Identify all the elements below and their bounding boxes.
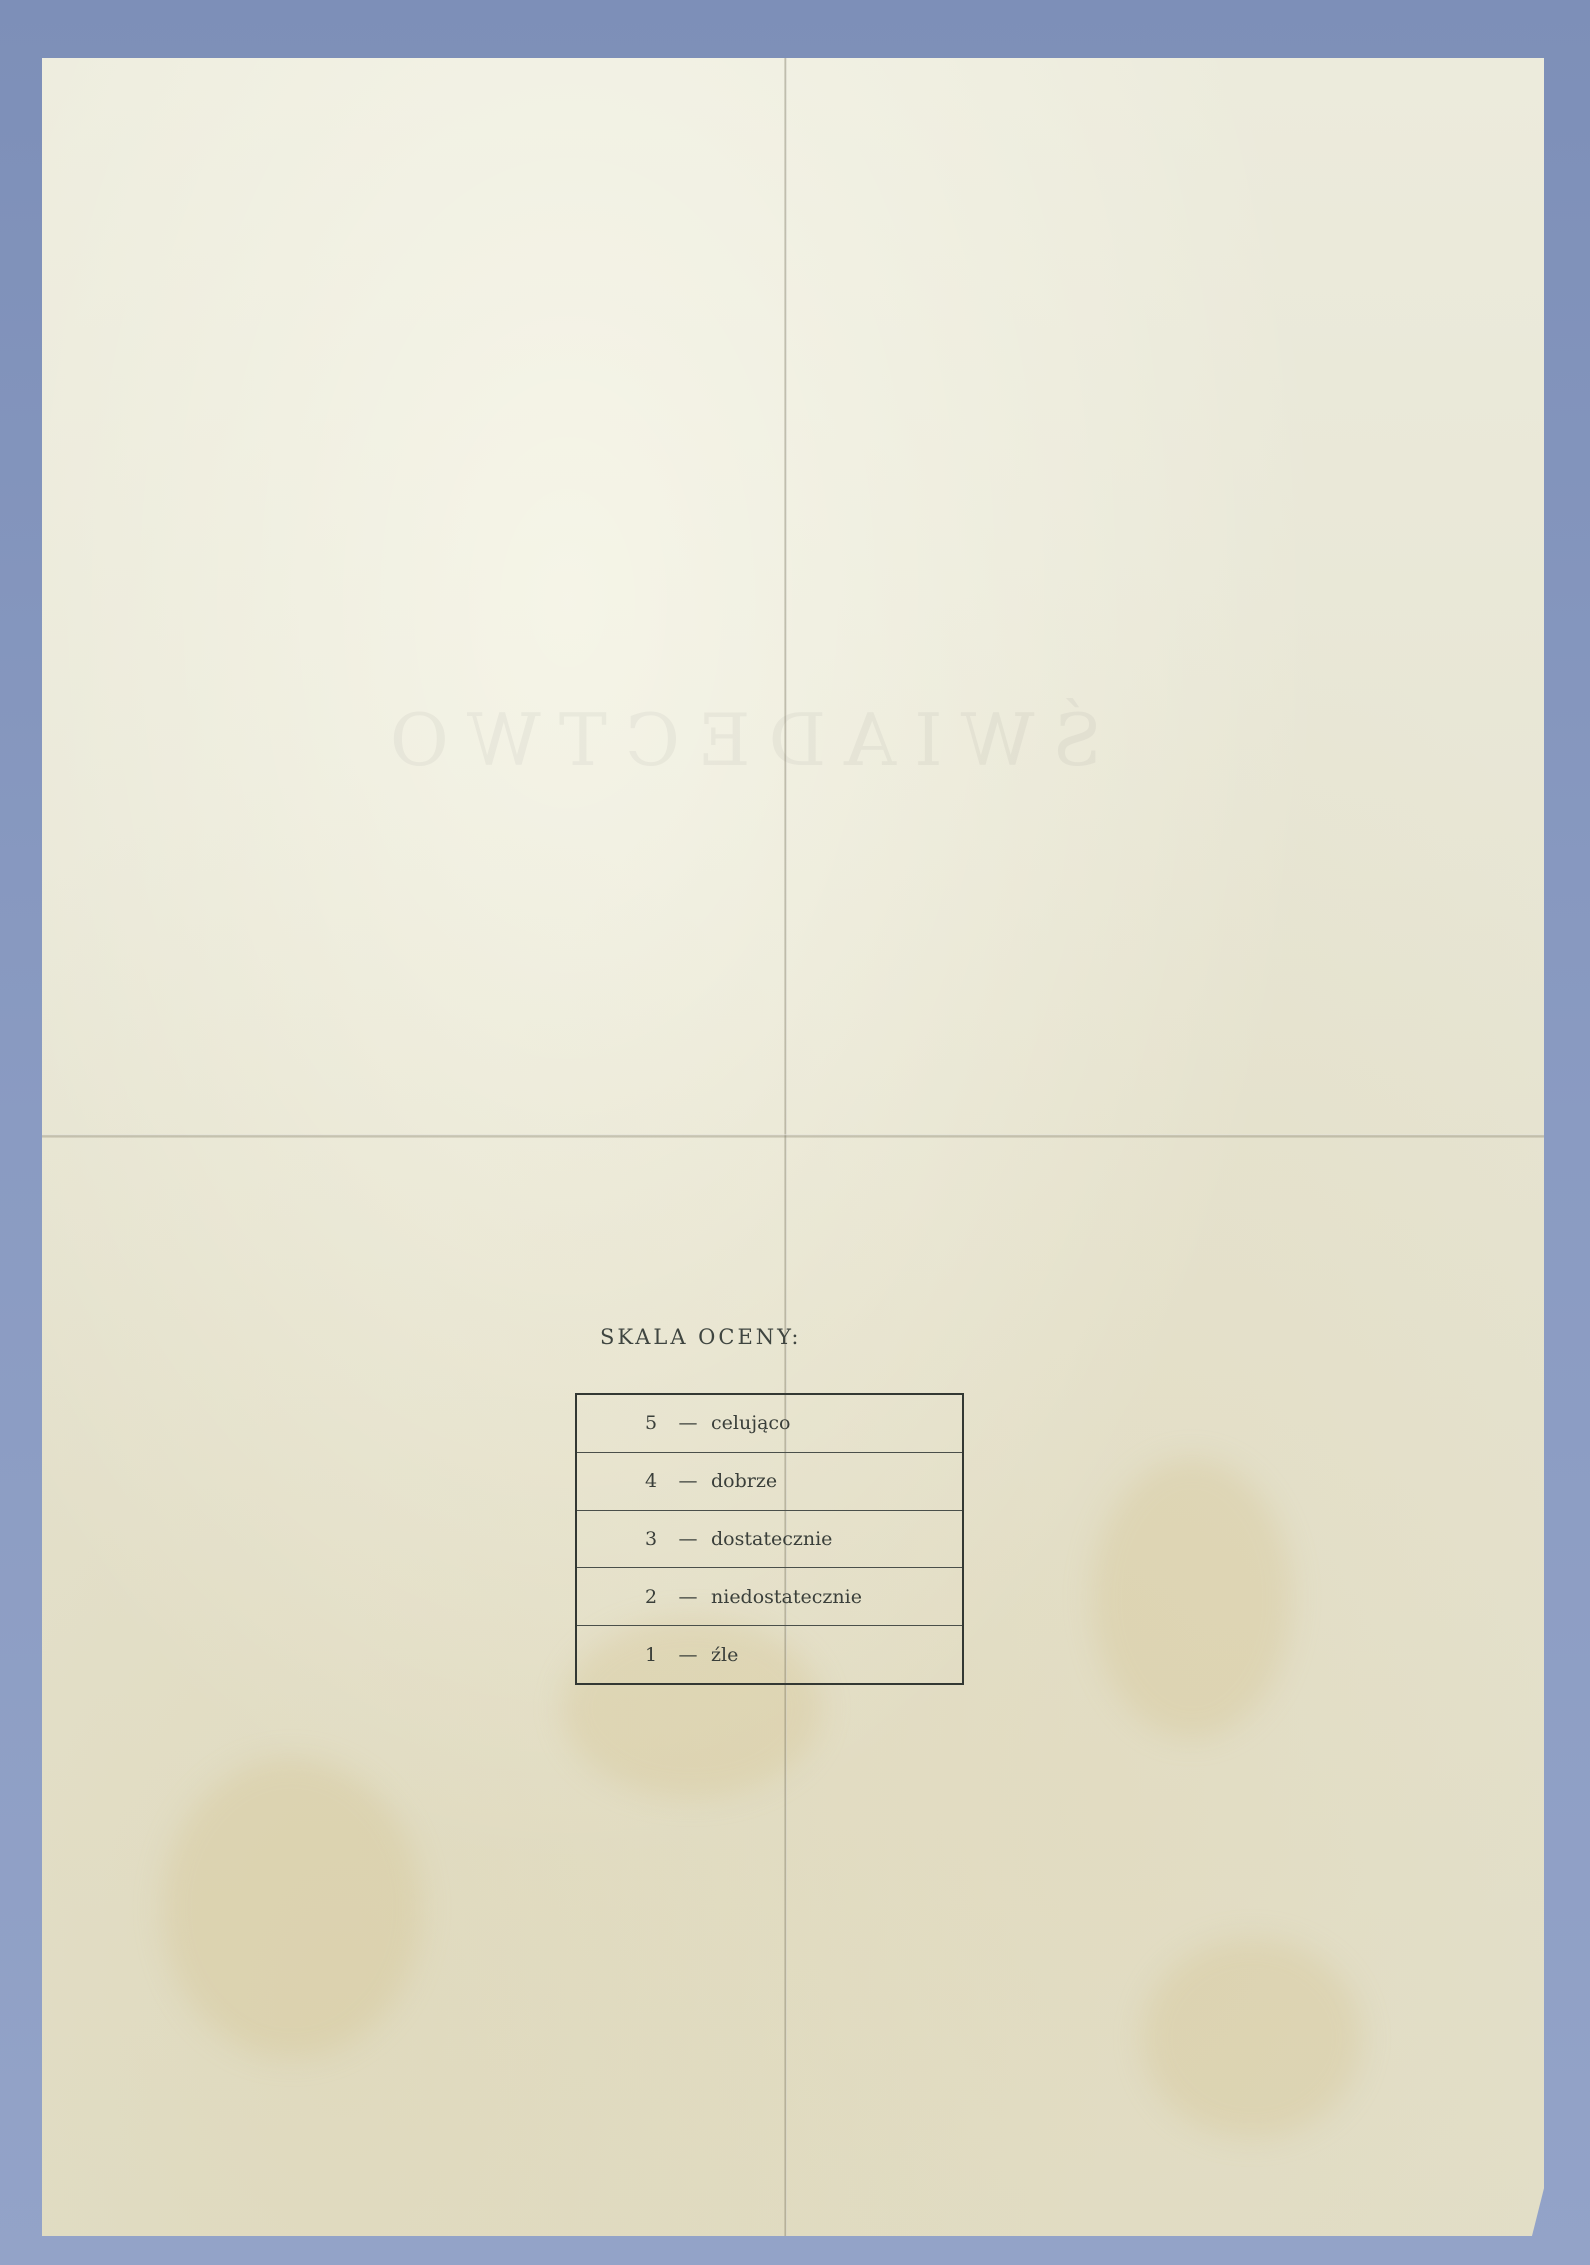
- grading-scale-table: 5 — celująco 4 — dobrze 3 — dostatecznie…: [575, 1393, 964, 1685]
- grade-number: 3: [645, 1528, 665, 1550]
- grade-separator: —: [665, 1586, 711, 1608]
- grade-number: 1: [645, 1644, 665, 1666]
- grading-scale-title: SKALA OCENY:: [600, 1325, 1020, 1349]
- show-through-title: ŚWIADECTWO: [482, 698, 1102, 782]
- grade-label: celująco: [711, 1412, 791, 1434]
- horizontal-fold-line: [42, 1134, 1544, 1138]
- grade-separator: —: [665, 1644, 711, 1666]
- grade-row: 2 — niedostatecznie: [577, 1568, 962, 1626]
- paper-stain: [1142, 1938, 1362, 2138]
- grade-row: 5 — celująco: [577, 1395, 962, 1453]
- grade-separator: —: [665, 1528, 711, 1550]
- paper-stain: [162, 1758, 422, 2058]
- grade-row: 4 — dobrze: [577, 1453, 962, 1511]
- grade-label: niedostatecznie: [711, 1586, 862, 1608]
- vertical-fold-line: [784, 58, 787, 2236]
- grade-separator: —: [665, 1470, 711, 1492]
- grade-label: dobrze: [711, 1470, 777, 1492]
- document-sheet: ŚWIADECTWO: [42, 58, 1544, 2236]
- grade-separator: —: [665, 1412, 711, 1434]
- paper-stain: [1092, 1458, 1292, 1738]
- grade-number: 2: [645, 1586, 665, 1608]
- grade-number: 4: [645, 1470, 665, 1492]
- grade-row: 3 — dostatecznie: [577, 1511, 962, 1569]
- grade-label: dostatecznie: [711, 1528, 832, 1550]
- grade-label: źle: [711, 1644, 738, 1666]
- grade-row: 1 — źle: [577, 1626, 962, 1683]
- grade-number: 5: [645, 1412, 665, 1434]
